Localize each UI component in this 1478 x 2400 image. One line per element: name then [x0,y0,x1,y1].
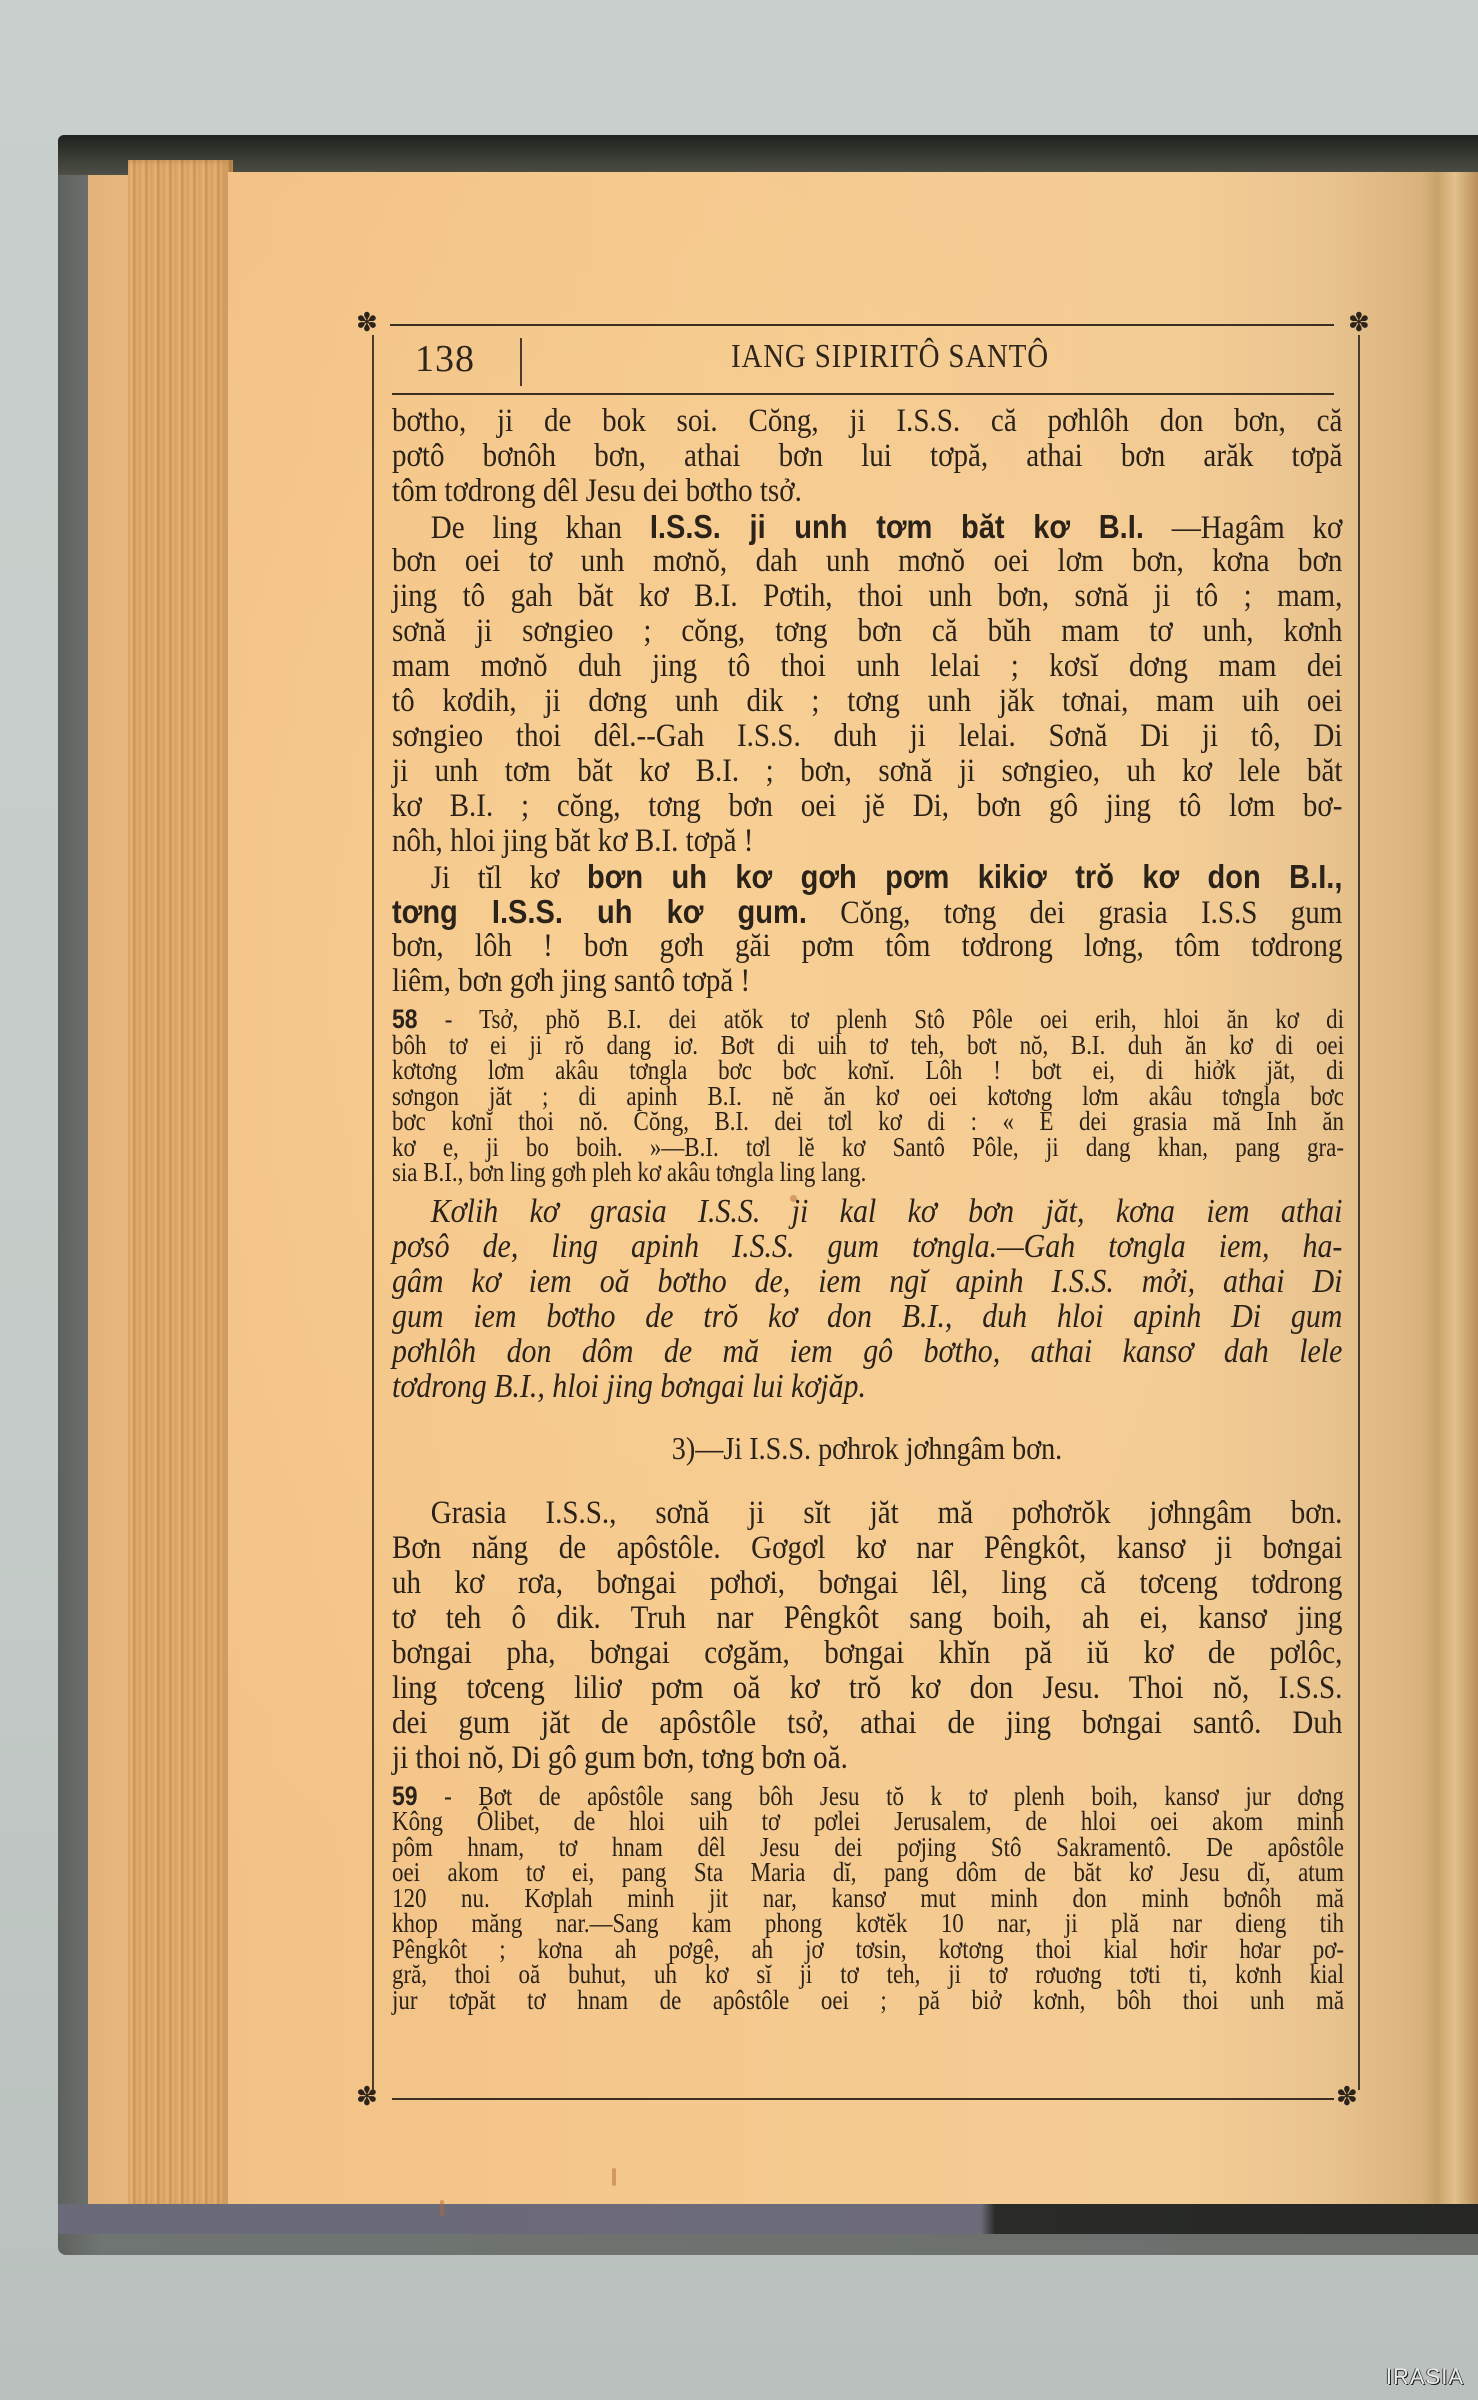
italic-paragraph: Kơlih kơ grasia I.S.S. ji kal kơ bơn jăt… [392,1194,1342,1404]
header-rule-bottom [392,393,1334,395]
text-line: jing tô gah băt kơ B.I. Pơtih, thoi unh … [392,579,1342,614]
text-line: ling tơceng liliơ pơm oă kơ trŏ kơ don J… [392,1671,1342,1706]
header-rule-top [390,324,1334,326]
text-line: ji thoi nŏ, Di gô gum bơn, tơng bơn oă. [392,1741,1342,1776]
running-title: IANG SIPIRITÔ SANTÔ [610,338,1171,376]
text-line: bơn, lôh ! bơn gơh găi pơm tôm tơdrong l… [392,929,1342,964]
paper-stain [612,2168,616,2186]
text-line: sơnă ji sơngieo ; cŏng, tơng bơn că bŭh … [392,614,1342,649]
text-line: sia B.I., bơn ling gơh pleh kơ akâu tơng… [392,1160,1344,1186]
bold-phrase: bơn uh kơ gơh pơm kikiơ trŏ kơ don B.I., [587,858,1342,895]
fleuron-icon: ✽ [356,310,378,336]
text-line: sơngieo thoi dêl.--Gah I.S.S. duh ji lel… [392,719,1342,754]
text-line: pơsô de, ling apinh I.S.S. gum tơngla.—G… [392,1229,1342,1264]
text-line: bơtho, ji de bok soi. Cŏng, ji I.S.S. că… [392,404,1342,439]
page-number: 138 [415,337,475,381]
text-line: liêm, bơn gơh jing santô tơpă ! [392,964,1342,999]
text-line: pơhlôh don dôm de mă iem gô bơtho, athai… [392,1334,1342,1369]
text-line: tơng I.S.S. uh kơ gum. Cŏng, tơng dei gr… [392,894,1342,929]
book-cover-bottom-edge [58,2204,1478,2234]
text-line: kơ B.I. ; cŏng, tơng bơn oei jĕ Di, bơn … [392,789,1342,824]
text-line: pơtô bơnôh bơn, athai bơn lui tơpă, atha… [392,439,1342,474]
page-edges [128,160,233,2210]
bold-phrase: tơng I.S.S. uh kơ gum. [392,893,807,930]
fleuron-icon: ✽ [356,2084,378,2110]
text-line: tôm tơdrong dêl Jesu dei bơtho tsở. [392,474,1342,509]
paragraph-2: De ling khan I.S.S. ji unh tơm băt kơ B.… [392,509,1342,859]
fleuron-icon: ✽ [1348,310,1370,336]
text-line: jur tơpăt tơ hnam de apôstôle oei ; pă b… [392,1988,1344,2014]
text-line: uh kơ rơa, bơngai pơhơi, bơngai lêl, lin… [392,1566,1342,1601]
watermark: IRASIA [1386,2364,1464,2390]
text-line: De ling khan I.S.S. ji unh tơm băt kơ B.… [392,509,1342,544]
text-line: Kơlih kơ grasia I.S.S. ji kal kơ bơn jăt… [392,1194,1342,1229]
section-heading: 3)—Ji I.S.S. pơhrok jơhngâm bơn. [449,1430,1285,1466]
paper-stain [440,2200,444,2216]
text-line: tơdrong B.I., hloi jing bơngai lui kơjăp… [392,1369,1342,1404]
text-line: gum iem bơtho de trŏ kơ don B.I., duh hl… [392,1299,1342,1334]
text-line: bơn oei tơ unh mơnŏ, dah unh mơnŏ oei lơ… [392,544,1342,579]
text-line: tô kơdih, ji dơng unh dik ; tơng unh jăk… [392,684,1342,719]
text-line: Ji tĭl kơ bơn uh kơ gơh pơm kikiơ trŏ kơ… [392,859,1342,894]
footer-rule [392,2098,1334,2100]
header-divider [520,338,522,386]
frame-left-line [372,335,374,2090]
text-line: ji unh tơm băt kơ B.I. ; bơn, sơnă ji sơ… [392,754,1342,789]
note-58: 58 - Tsở, phŏ B.I. dei atŏk tơ plenh Stô… [392,1007,1342,1186]
text-line: bơngai pha, bơngai cơgăm, bơngai khĭn pă… [392,1636,1342,1671]
paragraph-1: bơtho, ji de bok soi. Cŏng, ji I.S.S. că… [392,404,1342,509]
text-line: mam mơnŏ duh jing tô thoi unh lelai ; kơ… [392,649,1342,684]
note-59: 59 - Bơt de apôstôle sang bôh Jesu tŏ k … [392,1784,1342,2014]
text-line: gâm kơ iem oă bơtho de, iem ngĭ apinh I.… [392,1264,1342,1299]
paragraph-4: Grasia I.S.S., sơnă ji sĭt jăt mă pơhơrŏ… [392,1496,1342,1776]
page-body: bơtho, ji de bok soi. Cŏng, ji I.S.S. că… [392,404,1342,2013]
fleuron-icon: ✽ [1336,2084,1358,2110]
paragraph-3: Ji tĭl kơ bơn uh kơ gơh pơm kikiơ trŏ kơ… [392,859,1342,999]
text-line: dei gum jăt de apôstôle tsở, athai de ji… [392,1706,1342,1741]
page-gutter [1420,172,1478,2212]
text-line: nôh, hloi jing băt kơ B.I. tơpă ! [392,824,1342,859]
book-cover-top-edge [58,135,1478,175]
frame-right-line [1358,335,1360,2090]
text-line: Grasia I.S.S., sơnă ji sĭt jăt mă pơhơrŏ… [392,1496,1342,1531]
text-line: Bơn năng de apôstôle. Gơgơl kơ nar Pêngk… [392,1531,1342,1566]
text-line: tơ teh ô dik. Truh nar Pêngkôt sang boih… [392,1601,1342,1636]
bold-phrase: I.S.S. ji unh tơm băt kơ B.I. [650,508,1144,545]
